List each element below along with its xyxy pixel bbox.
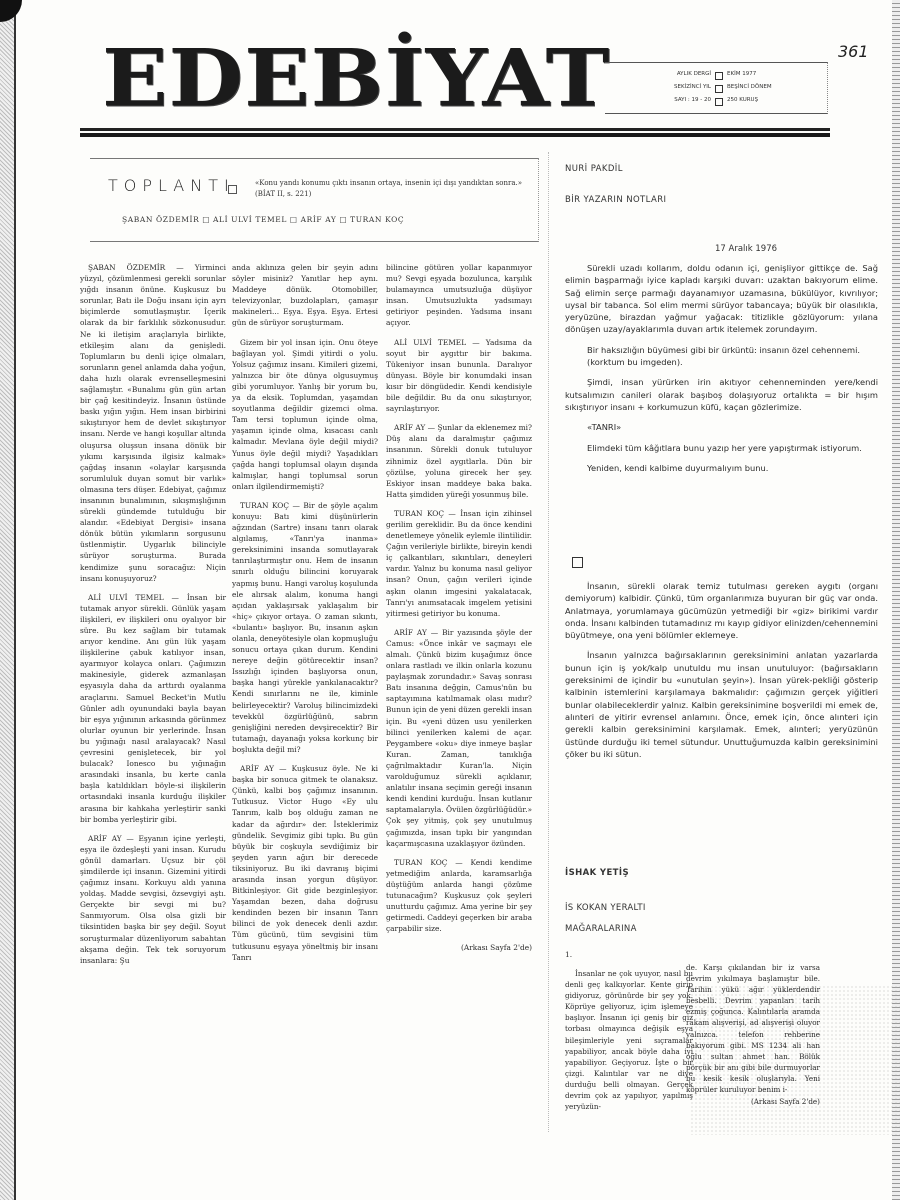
meta-right: EKİM 1977 — [727, 71, 756, 77]
continuation-note: (Arkası Sayfa 2'de) — [386, 942, 532, 953]
paragraph: ALİ ULVİ TEMEL — Yadsıma da soyut bir ay… — [386, 337, 532, 415]
meta-left: SAYI : 19 - 20 — [674, 97, 711, 103]
article-author: NURİ PAKDİL — [565, 164, 623, 174]
paragraph: ŞABAN ÖZDEMİR — Yirminci yüzyıl, çözümle… — [80, 262, 226, 584]
paragraph: TURAN KOÇ — Kendi kendime yetmediğim anl… — [386, 857, 532, 935]
article-title: BİR YAZARIN NOTLARI — [565, 195, 666, 205]
paragraph: ALİ ULVİ TEMEL — İnsan bir tutamak arıyo… — [80, 592, 226, 825]
scan-corner-shadow — [0, 0, 22, 22]
handwritten-page-number: 361 — [838, 42, 869, 61]
toplanti-participants: ŞABAN ÖZDEMİR □ ALİ ULVİ TEMEL □ ARİF AY… — [122, 215, 404, 224]
paragraph: Bir haksızlığın büyümesi gibi bir ürkünt… — [565, 344, 878, 356]
yetis-column-2: de. Karşı çıkılandan bir iz varsa devrim… — [686, 962, 820, 1107]
pakdil-body-part1: Sürekli uzadı kollarım, doldu odanın içi… — [565, 262, 878, 482]
toplanti-column-3: bilincine götüren yollar kapanmıyor mu? … — [386, 262, 532, 961]
yetis-column-1: İnsanlar ne çok uyuyor, nasıl bu denli g… — [565, 968, 693, 1112]
article-title: İS KOKAN YERALTI MAĞARALARINA — [565, 898, 646, 940]
title-line: MAĞARALARINA — [565, 919, 646, 940]
article-author: İSHAK YETİŞ — [565, 868, 629, 878]
masthead-rule — [80, 133, 830, 137]
meta-right: BEŞİNCİ DÖNEM — [727, 84, 772, 90]
paragraph: «TANRI» — [565, 421, 878, 433]
toplanti-epigraph: «Konu yandı konumu çıktı insanın ortaya,… — [255, 178, 540, 200]
paragraph: TURAN KOÇ — Bir de şöyle açalım konuyu: … — [232, 500, 378, 755]
paragraph: Elimdeki tüm kâğıtlara bunu yazıp her ye… — [565, 442, 878, 454]
masthead-title: EDEBİYAT — [102, 44, 582, 114]
paragraph: İnsanlar ne çok uyuyor, nasıl bu denli g… — [565, 968, 693, 1112]
paragraph: Şimdi, insan yürürken irin akıtıyor cehe… — [565, 376, 878, 413]
meta-left: SEKİZİNCİ YIL — [674, 84, 711, 90]
meta-left: AYLIK DERGİ — [677, 71, 711, 77]
paragraph: ARİF AY — Bir yazısında şöyle der Camus:… — [386, 627, 532, 849]
toplanti-title: TOPLANTI — [108, 176, 235, 195]
paragraph: ARİF AY — Eşyanın içine yerleşti, eşya i… — [80, 833, 226, 966]
title-line: İS KOKAN YERALTI — [565, 898, 646, 919]
scan-left-edge — [0, 0, 16, 1200]
pakdil-body-part2: İnsanın, sürekli olarak temiz tutulması … — [565, 580, 878, 768]
square-bullet-icon — [228, 185, 237, 194]
paragraph: ARİF AY — Şunlar da eklenemez mi? Düş al… — [386, 422, 532, 500]
square-bullet-icon — [715, 72, 723, 80]
toplanti-column-1: ŞABAN ÖZDEMİR — Yirminci yüzyıl, çözümle… — [80, 262, 226, 974]
paragraph: TURAN KOÇ — İnsan için zihinsel gerilim … — [386, 508, 532, 619]
article-date: 17 Aralık 1976 — [715, 244, 777, 254]
toplanti-column-2: anda aklınıza gelen bir şeyin adını söyl… — [232, 262, 378, 971]
paragraph: de. Karşı çıkılandan bir iz varsa devrim… — [686, 962, 820, 1095]
paragraph: bilincine götüren yollar kapanmıyor mu? … — [386, 262, 532, 329]
paragraph: Yeniden, kendi kalbime duyurmalıyım bunu… — [565, 462, 878, 474]
square-bullet-icon — [715, 85, 723, 93]
paragraph: İnsanın, sürekli olarak temiz tutulması … — [565, 580, 878, 641]
section-break-square-icon — [572, 557, 583, 568]
paragraph: İnsanın yalnızca bağırsaklarının gereksi… — [565, 649, 878, 760]
meta-row: SEKİZİNCİ YIL BEŞİNCİ DÖNEM — [605, 84, 827, 96]
paragraph: (korktum bu imgeden). — [565, 356, 878, 368]
meta-row: AYLIK DERGİ EKİM 1977 — [605, 71, 827, 83]
paragraph: anda aklınıza gelen bir şeyin adını söyl… — [232, 262, 378, 329]
meta-right: 250 KURUŞ — [727, 97, 758, 103]
meta-row: SAYI : 19 - 20 250 KURUŞ — [605, 97, 827, 109]
paragraph: Sürekli uzadı kollarım, doldu odanın içi… — [565, 262, 878, 336]
section-number: 1. — [565, 950, 572, 959]
paragraph: Gizem bir yol insan için. Onu öteye bağl… — [232, 337, 378, 492]
toplanti-header-box — [90, 158, 539, 242]
masthead-rule — [80, 128, 830, 131]
continuation-note: (Arkası Sayfa 2'de) — [686, 1096, 820, 1107]
square-bullet-icon — [715, 98, 723, 106]
masthead-meta-box: AYLIK DERGİ EKİM 1977 SEKİZİNCİ YIL BEŞİ… — [605, 62, 828, 114]
column-divider — [548, 152, 550, 1132]
paragraph: ARİF AY — Kuşkusuz öyle. Ne ki başka bir… — [232, 763, 378, 963]
